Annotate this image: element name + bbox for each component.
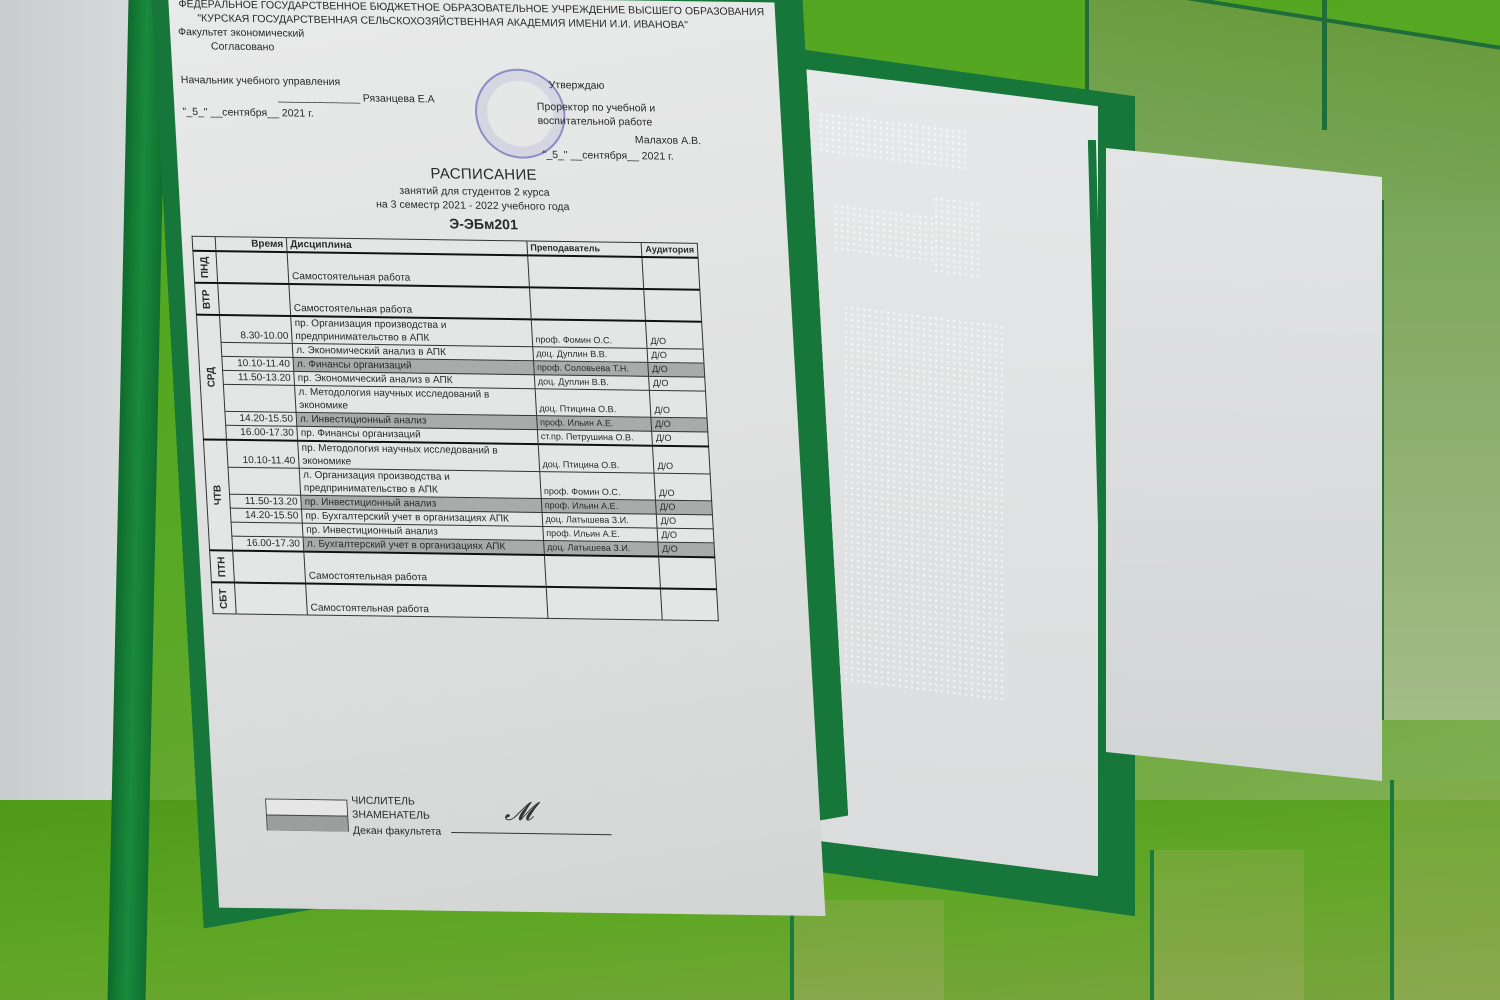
agreed-label: Согласовано bbox=[211, 40, 275, 53]
room-cell: Д/О bbox=[657, 528, 714, 543]
day-text: СБТ bbox=[217, 588, 231, 608]
room-cell: Д/О bbox=[649, 376, 706, 391]
teacher-cell: проф. Фомин О.С. bbox=[539, 472, 656, 501]
room-cell: Д/О bbox=[646, 321, 703, 349]
room-cell bbox=[659, 557, 717, 590]
time-cell: 16.00-17.30 bbox=[232, 536, 304, 551]
prorector-title-1: Проректор по учебной и bbox=[537, 101, 656, 115]
header-time: Время bbox=[215, 237, 287, 252]
time-cell: 16.00-17.30 bbox=[226, 425, 298, 440]
pocket-divider bbox=[1322, 0, 1327, 130]
document-title: РАСПИСАНИЕ bbox=[430, 165, 537, 183]
time-cell: 10.10-11.40 bbox=[222, 356, 294, 371]
teacher-cell bbox=[544, 555, 661, 589]
time-cell bbox=[228, 467, 301, 495]
teacher-cell: проф. Ильин А.Е. bbox=[541, 499, 657, 515]
time-cell bbox=[234, 583, 307, 615]
teacher-cell: доц. Латышева З.И. bbox=[542, 513, 658, 529]
braille-text bbox=[933, 195, 983, 281]
header-room: Аудитория bbox=[641, 243, 698, 258]
schedule-table: Время Дисциплина Преподаватель Аудитория… bbox=[192, 236, 719, 621]
discipline-cell: Самостоятельная работа bbox=[287, 252, 529, 287]
signature-icon: 𝓜 bbox=[503, 797, 534, 828]
day-label: ВТР bbox=[195, 283, 220, 315]
room-cell: Д/О bbox=[658, 542, 715, 557]
numerator-swatch bbox=[266, 799, 347, 815]
legend-swatch bbox=[265, 798, 349, 831]
room-cell: Д/О bbox=[654, 473, 711, 501]
time-cell bbox=[223, 384, 296, 412]
room-cell: Д/О bbox=[647, 348, 704, 363]
time-cell bbox=[233, 551, 306, 584]
day-text: ПНД bbox=[198, 256, 212, 278]
time-cell: 8.30-10.00 bbox=[219, 315, 292, 343]
right-pocket bbox=[1380, 200, 1500, 720]
day-label: СБТ bbox=[211, 582, 236, 614]
schedule-document: ФЕДЕРАЛЬНОЕ ГОСУДАРСТВЕННОЕ БЮДЖЕТНОЕ ОБ… bbox=[168, 0, 825, 916]
time-cell bbox=[221, 342, 293, 357]
time-cell: 14.20-15.50 bbox=[225, 411, 297, 426]
time-cell bbox=[231, 522, 303, 537]
teacher-cell: доц. Дуплин В.В. bbox=[532, 347, 648, 363]
prorector-name: Малахов А.В. bbox=[635, 134, 702, 147]
teacher-cell: проф. Ильин А.Е. bbox=[536, 416, 652, 432]
room-cell bbox=[642, 257, 700, 290]
discipline-cell: Самостоятельная работа bbox=[306, 584, 548, 619]
teacher-cell bbox=[527, 255, 644, 289]
legend-denominator: ЗНАМЕНАТЕЛЬ bbox=[352, 809, 431, 822]
group-code: Э-ЭБм201 bbox=[449, 215, 518, 232]
braille-text bbox=[818, 111, 968, 170]
day-label: ПТН bbox=[210, 550, 235, 582]
room-cell: Д/О bbox=[653, 446, 710, 474]
time-cell: 11.50-13.20 bbox=[223, 370, 295, 385]
discipline-cell: пр. Методология научных исследований в э… bbox=[298, 441, 540, 472]
teacher-cell: доц. Птицина О.В. bbox=[538, 444, 655, 473]
teacher-cell: ст.пр. Петрушина О.В. bbox=[537, 430, 653, 446]
header-day bbox=[192, 236, 216, 251]
legend-numerator: ЧИСЛИТЕЛЬ bbox=[351, 795, 415, 808]
time-cell: 11.50-13.20 bbox=[229, 494, 301, 509]
signature-line bbox=[451, 832, 611, 835]
denominator-swatch bbox=[267, 814, 348, 831]
day-text: СРД bbox=[204, 367, 218, 388]
teacher-cell: проф. Ильин А.Е. bbox=[542, 526, 658, 542]
room-cell: Д/О bbox=[656, 500, 713, 515]
room-cell: Д/О bbox=[651, 417, 708, 432]
approve-label: Утверждаю bbox=[548, 79, 604, 92]
teacher-cell: доц. Птицина О.В. bbox=[535, 389, 652, 418]
table-row: СБТСамостоятельная работа bbox=[211, 582, 718, 621]
braille-text bbox=[843, 304, 1003, 704]
room-cell bbox=[661, 589, 719, 621]
discipline-cell: Самостоятельная работа bbox=[304, 552, 546, 587]
document-subtitle-1: занятий для студентов 2 курса bbox=[399, 185, 550, 199]
bottom-pocket bbox=[1390, 780, 1500, 1000]
discipline-cell: пр. Организация производства и предприни… bbox=[291, 316, 533, 347]
day-text: ВТР bbox=[200, 289, 214, 309]
header-teacher: Преподаватель bbox=[526, 241, 642, 257]
room-cell: Д/О bbox=[652, 431, 709, 446]
teacher-cell bbox=[546, 587, 663, 620]
discipline-cell: Самостоятельная работа bbox=[289, 284, 531, 319]
day-text: ЧТВ bbox=[211, 485, 225, 506]
head-name: ______________ Рязанцева Е.А bbox=[278, 91, 435, 105]
teacher-cell: проф. Фомин О.С. bbox=[531, 319, 648, 348]
discipline-cell: л. Методология научных исследований в эк… bbox=[295, 385, 537, 415]
time-cell bbox=[216, 251, 289, 284]
dean-label: Декан факультета bbox=[353, 825, 442, 838]
teacher-cell bbox=[529, 287, 646, 321]
blank-page bbox=[1106, 148, 1382, 781]
prorector-date: "_5_" __сентября__ 2021 г. bbox=[542, 149, 674, 163]
day-label: ПНД bbox=[193, 251, 218, 283]
teacher-cell: проф. Соловьева Т.Н. bbox=[533, 361, 649, 377]
time-cell bbox=[218, 283, 291, 316]
faculty: Факультет экономический bbox=[178, 26, 305, 40]
prorector-title-2: воспитательной работе bbox=[537, 115, 652, 129]
room-cell: Д/О bbox=[650, 390, 707, 418]
head-date: "_5_" __сентября__ 2021 г. bbox=[182, 106, 314, 120]
time-cell: 10.10-11.40 bbox=[226, 440, 299, 468]
room-cell: Д/О bbox=[657, 514, 714, 529]
room-cell bbox=[644, 289, 702, 322]
teacher-cell: доц. Дуплин В.В. bbox=[534, 375, 650, 391]
document-subtitle-2: на 3 семестр 2021 - 2022 учебного года bbox=[376, 198, 570, 213]
head-title: Начальник учебного управления bbox=[180, 74, 340, 88]
day-text: ПТН bbox=[215, 556, 229, 577]
discipline-cell: л. Организация производства и предприним… bbox=[299, 468, 541, 498]
schedule-body: ПНДСамостоятельная работаВТРСамостоятель… bbox=[193, 251, 718, 621]
time-cell: 14.20-15.50 bbox=[230, 508, 302, 523]
bottom-pocket bbox=[1150, 850, 1304, 1000]
room-cell: Д/О bbox=[648, 362, 705, 377]
braille-text bbox=[833, 203, 933, 266]
teacher-cell: доц. Латышева З.И. bbox=[543, 540, 659, 556]
